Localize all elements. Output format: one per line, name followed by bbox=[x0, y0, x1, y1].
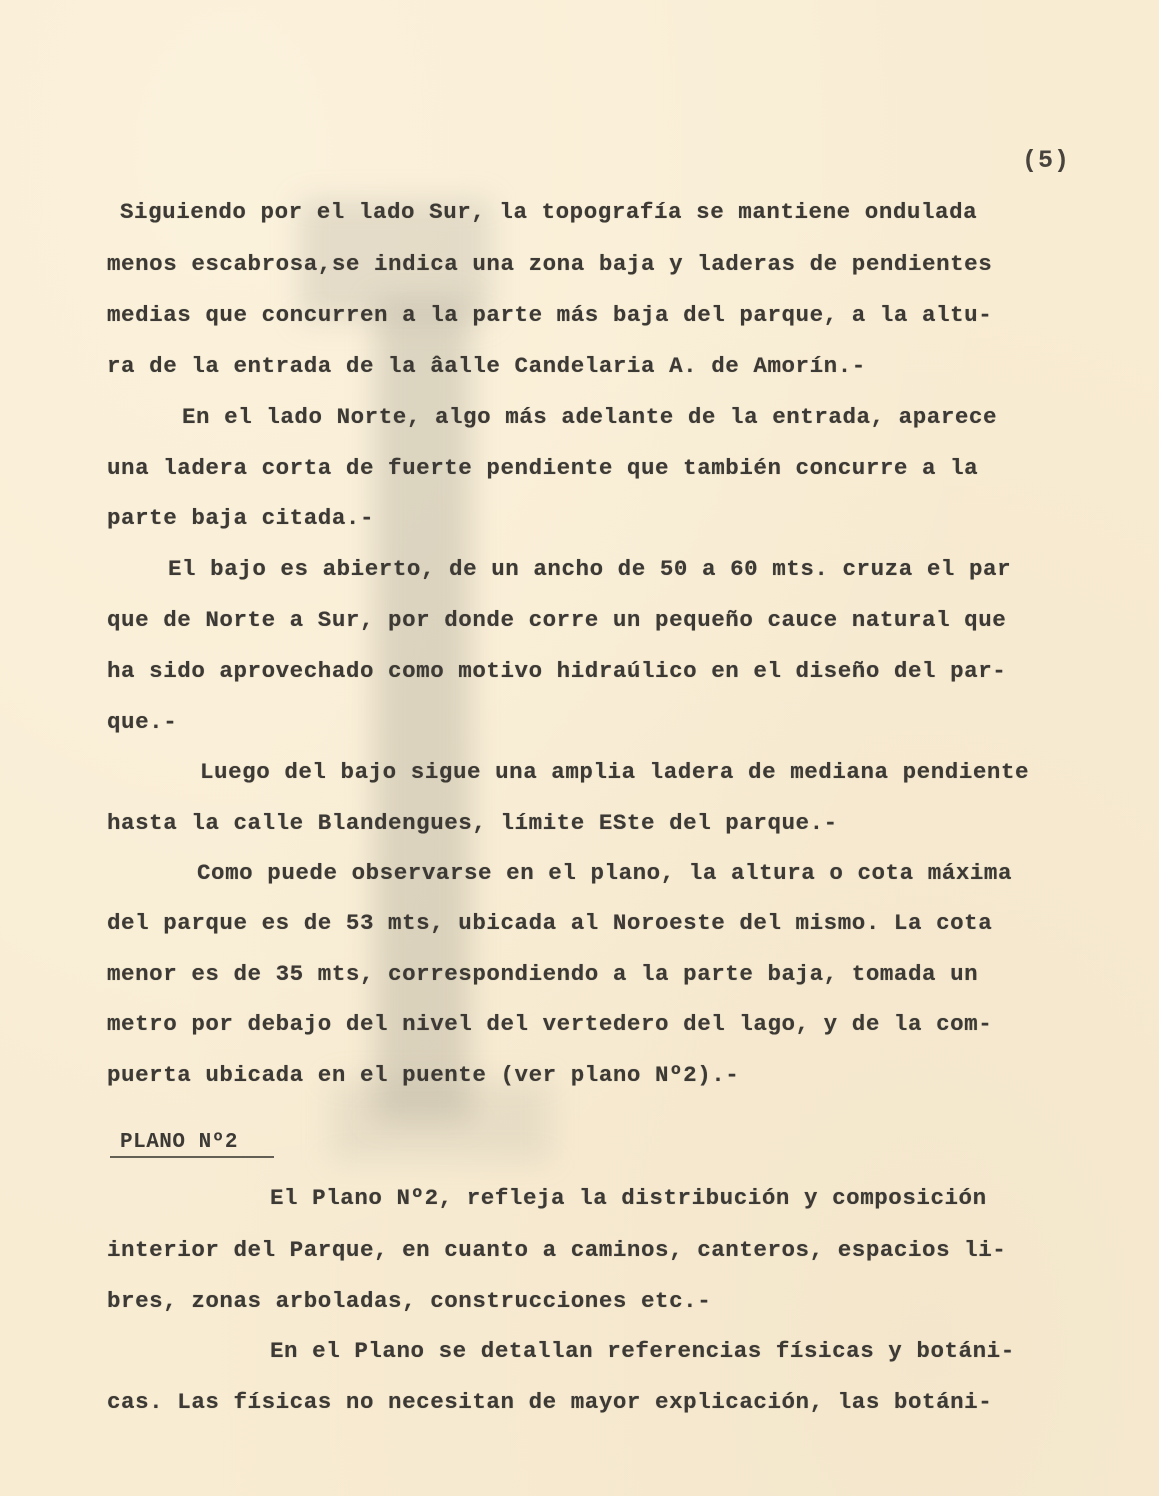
section-heading: PLANO Nº2 bbox=[120, 1131, 238, 1154]
text-line: Siguiendo por el lado Sur, la topografía… bbox=[120, 201, 977, 224]
text-line: interior del Parque, en cuanto a caminos… bbox=[107, 1239, 1006, 1262]
text-line: menos escabrosa,se indica una zona baja … bbox=[107, 253, 992, 276]
heading-underline bbox=[110, 1156, 274, 1158]
text-line: del parque es de 53 mts, ubicada al Noro… bbox=[107, 912, 992, 935]
text-line: metro por debajo del nivel del vertedero… bbox=[107, 1013, 992, 1036]
text-line: cas. Las físicas no necesitan de mayor e… bbox=[107, 1391, 992, 1414]
text-line: parte baja citada.- bbox=[107, 507, 374, 530]
text-line: Como puede observarse en el plano, la al… bbox=[197, 862, 1012, 885]
text-line: puerta ubicada en el puente (ver plano N… bbox=[107, 1064, 739, 1087]
text-line: El bajo es abierto, de un ancho de 50 a … bbox=[168, 558, 1011, 581]
text-line: El Plano Nº2, refleja la distribución y … bbox=[270, 1187, 987, 1210]
text-line: medias que concurren a la parte más baja… bbox=[107, 304, 992, 327]
text-line: que de Norte a Sur, por donde corre un p… bbox=[107, 609, 1006, 632]
text-line: bres, zonas arboladas, construcciones et… bbox=[107, 1290, 711, 1313]
text-line: ha sido aprovechado como motivo hidraúli… bbox=[107, 660, 1006, 683]
text-line: hasta la calle Blandengues, límite ESte … bbox=[107, 812, 838, 835]
text-line: En el lado Norte, algo más adelante de l… bbox=[182, 406, 997, 429]
text-line: Luego del bajo sigue una amplia ladera d… bbox=[200, 761, 1029, 784]
text-line: que.- bbox=[107, 711, 177, 734]
typewritten-page: (5) Siguiendo por el lado Sur, la topogr… bbox=[0, 0, 1159, 1496]
text-line: menor es de 35 mts, correspondiendo a la… bbox=[107, 963, 978, 986]
text-line: En el Plano se detallan referencias físi… bbox=[270, 1340, 1015, 1363]
page-number: (5) bbox=[1022, 146, 1070, 175]
text-line: una ladera corta de fuerte pendiente que… bbox=[107, 457, 978, 480]
text-line: ra de la entrada de la âalle Candelaria … bbox=[107, 355, 866, 378]
